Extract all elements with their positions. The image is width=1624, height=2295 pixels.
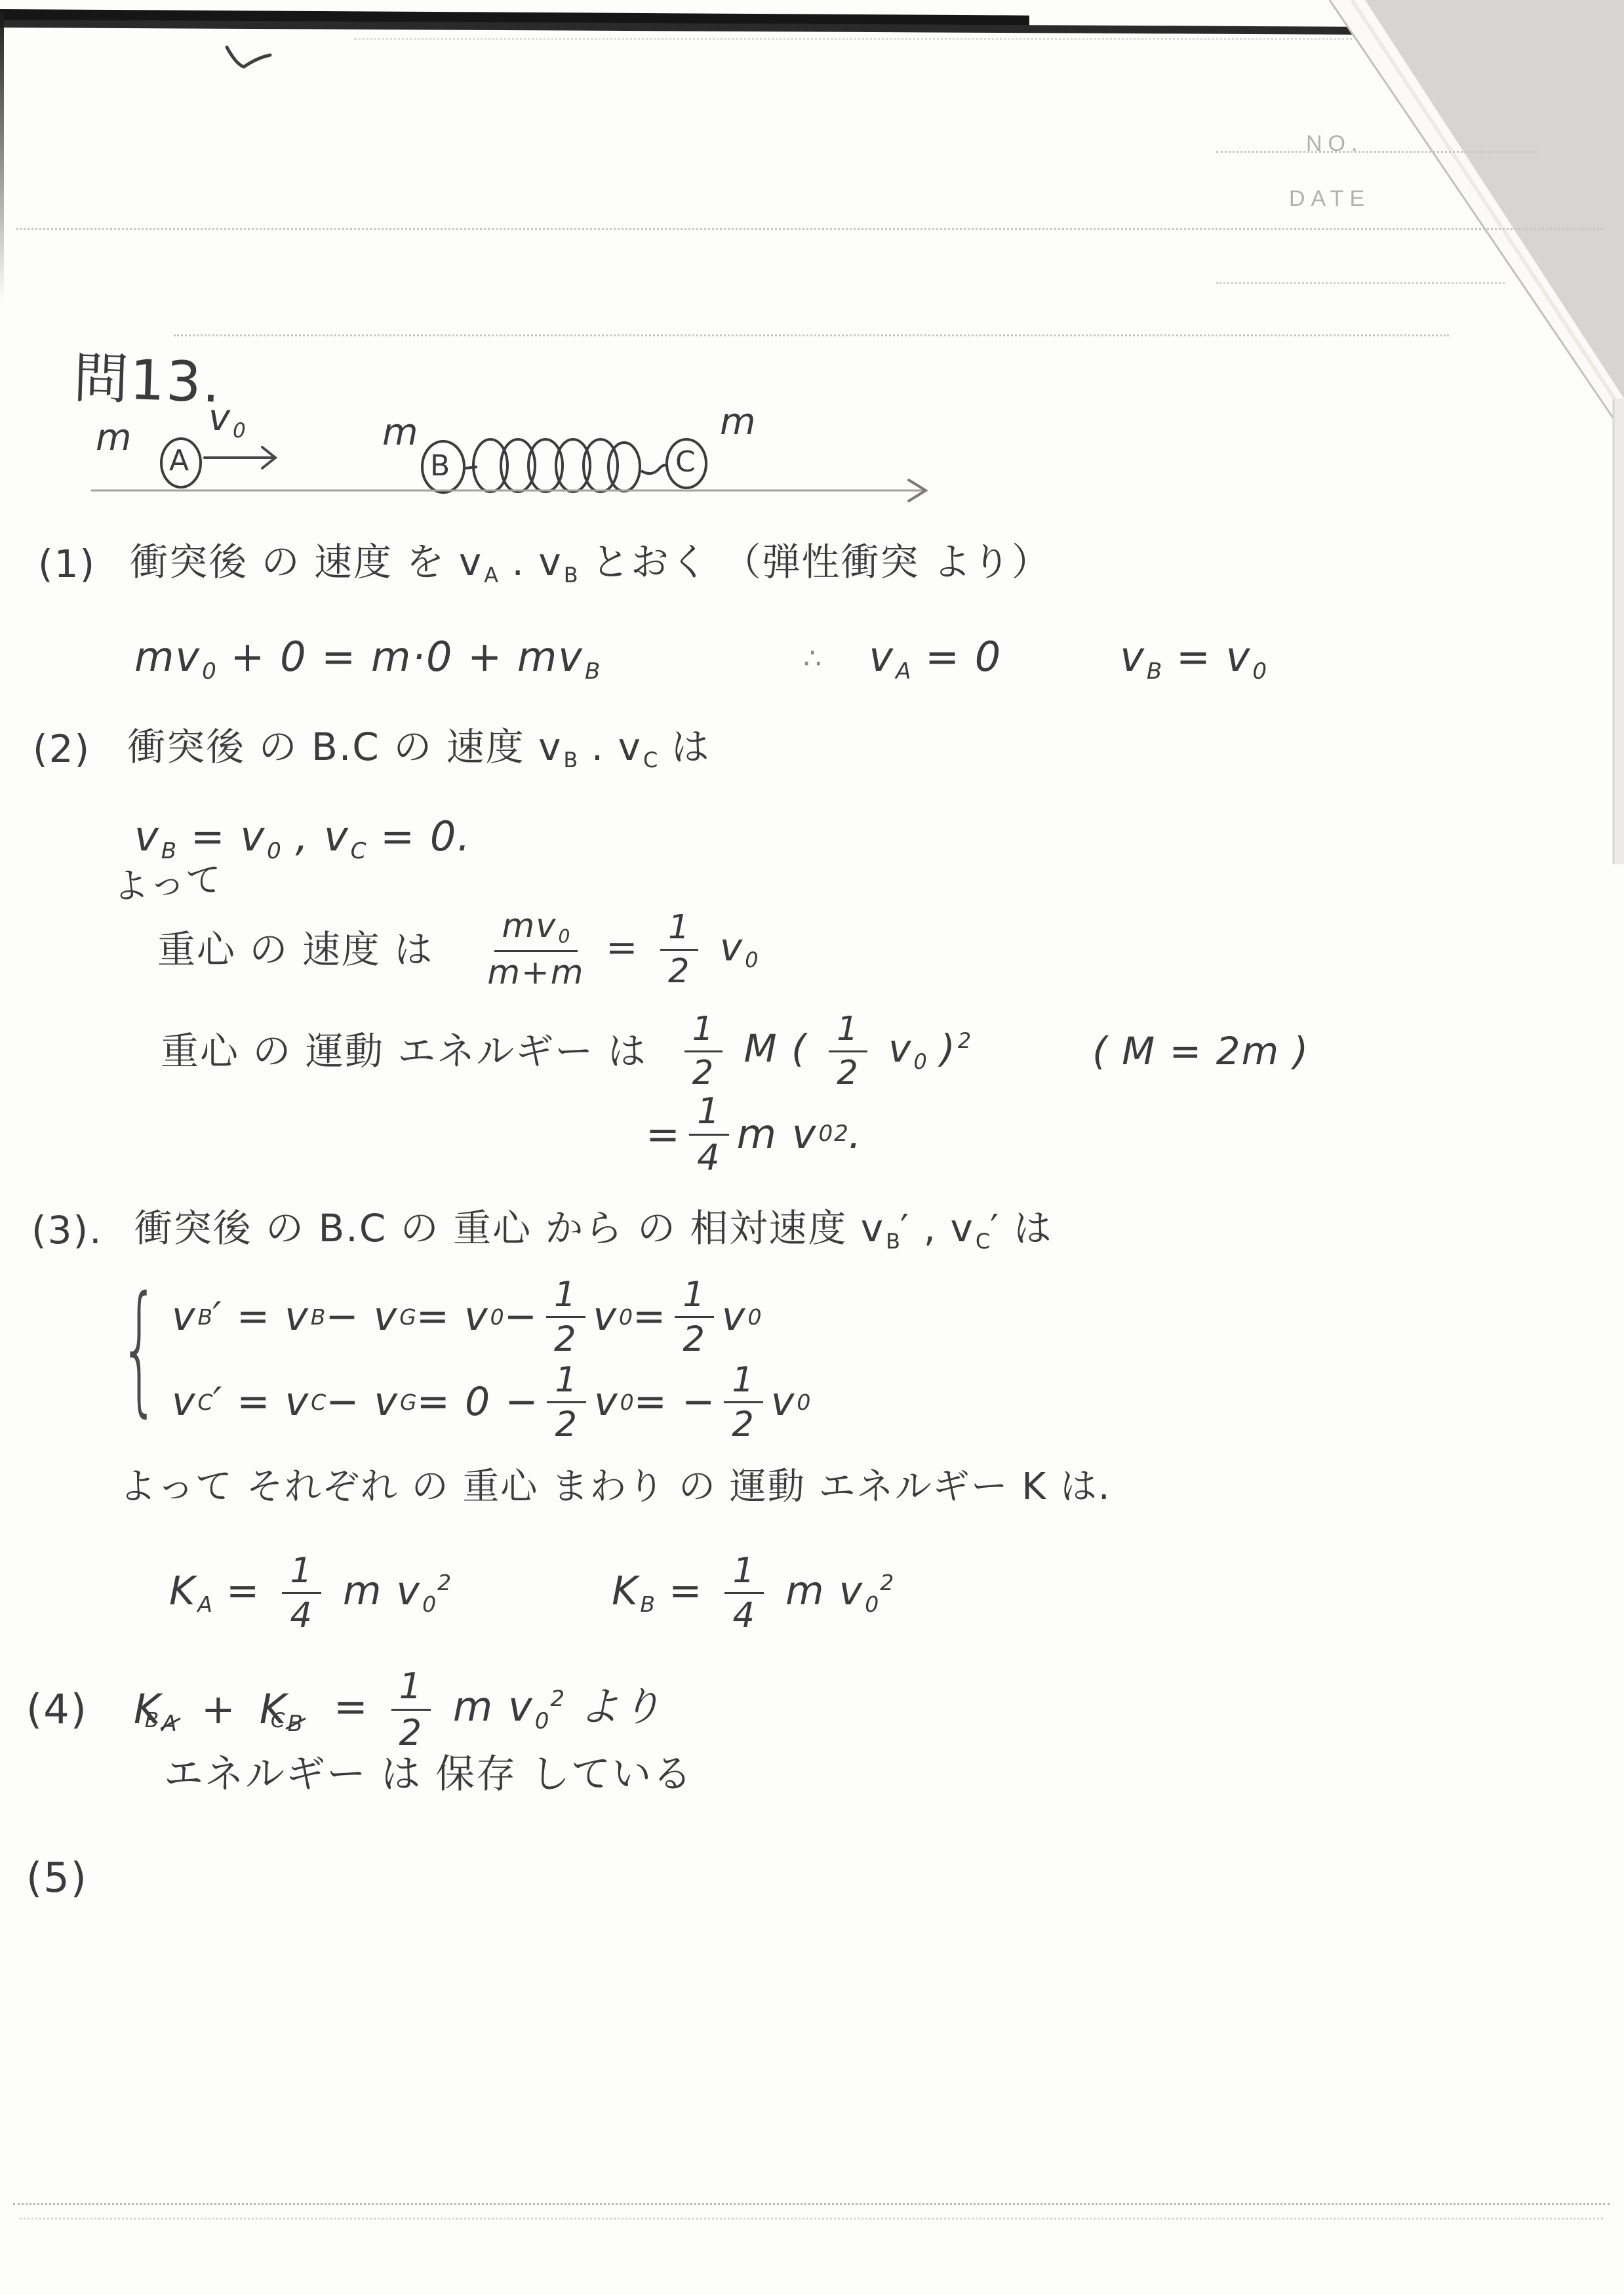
kb-equation: KB = 14 m v02 [612,1553,894,1634]
section-1-label: (1) [38,542,96,586]
ball-b-label: B [430,450,451,483]
k2-corrected-subscript: C [271,1709,287,1733]
ball-a-label: A [169,445,190,478]
k-term-1: KA B [134,1686,178,1732]
com-velocity-line: 重心 の 速度 は mv0m+m = 12 v0 [157,897,759,1002]
com-energy-equation: 12 M ( 12 v0 )2 [677,1012,971,1090]
section-5-label: (5) [26,1854,88,1901]
ruled-line [16,228,1603,230]
k1-old-subscript: A [162,1711,178,1737]
ruled-line [174,334,1449,336]
section-1-equation: mv0 + 0 = m·0 + mvB ∴ vA = 0 vB = v0 [134,633,1267,685]
kinetic-energy-values: KA = 14 m v02 KB = 14 m v02 [169,1549,894,1637]
section-3-label: (3). [31,1208,103,1252]
stationery-no-label: NO. [1306,131,1363,157]
com-velocity-text: 重心 の 速度 は [157,928,433,972]
section-1-header: (1) 衝突後 の 速度 を vA . vB とおく （弾性衝突 より） [38,540,1051,588]
velocity-label: v0 [208,397,246,443]
ground-arrow-icon [92,480,926,501]
mass-label-a: m [96,417,133,459]
com-energy-result: = 14 m v02. [646,1085,863,1184]
k1-corrected-subscript: B [145,1709,160,1733]
section-4-label: (4) [26,1686,88,1732]
k-term-2: KB C [260,1686,304,1732]
stationery-date-label: DATE [1289,186,1370,212]
section-2-header: (2) 衝突後 の B.C の 速度 vB . vC は [33,725,711,772]
momentum-equation: mv0 + 0 = m·0 + mvB [134,633,600,685]
ball-c-label: C [675,446,697,479]
section-1-text: 衝突後 の 速度 を vA . vB とおく （弾性衝突 より） [130,540,1051,588]
section-3-text: 衝突後 の B.C の 重心 から の 相対速度 vB′ , vC′ は [134,1207,1053,1254]
relative-velocity-b: vB′ = vB − vG = v0 − 12 v0 = 12 v0 [172,1276,761,1358]
com-energy-text: 重心 の 運動 エネルギー は [161,1029,647,1073]
section-2-text: 衝突後 の B.C の 速度 vB . vC は [127,725,710,772]
mass-label-c: m [720,401,757,443]
ruled-line [13,2203,1610,2205]
velocity-arrow-icon [205,447,275,468]
right-edge-strip [1613,399,1624,864]
mass-note: ( M = 2m ) [1092,1029,1309,1073]
total-energy-equation: = 12 m v02 より [334,1667,663,1751]
mass-label-b: m [382,412,420,454]
result-vb: vB = v0 [1120,633,1267,685]
section-3-header: (3). 衝突後 の B.C の 重心 から の 相対速度 vB′ , vC′ … [31,1207,1053,1254]
kinetic-energy-text: よって それぞれ の 重心 まわり の 運動 エネルギー K は. [119,1466,1111,1508]
relative-velocity-c: vC′ = vC − vG = 0 − 12 v0 = − 12 v0 [172,1361,810,1443]
case-brace: { [119,1277,160,1418]
ka-equation: KA = 14 m v02 [169,1553,451,1634]
section-2-velocities: vB = v0 , vC = 0. [134,813,471,864]
ruled-line [1216,282,1505,284]
ruled-line [1216,151,1537,153]
therefore-mark: ∴ [803,643,823,676]
section-4-line: (4) KA B + KB C = 12 m v02 より [26,1660,663,1759]
ruled-line [354,38,1357,40]
k2-old-subscript: B [287,1711,304,1737]
scanned-notebook-page: NO. DATE 問13. [0,0,1624,2295]
plus-sign: + [201,1686,237,1732]
conservation-conclusion: エネルギー は 保存 している [164,1752,693,1797]
spring-coil [465,439,667,492]
section-2-label: (2) [33,727,90,771]
result-va: vA = 0 [869,633,1002,685]
ruled-line [20,2218,1603,2220]
com-velocity-equation: mv0m+m = 12 v0 [479,909,758,991]
